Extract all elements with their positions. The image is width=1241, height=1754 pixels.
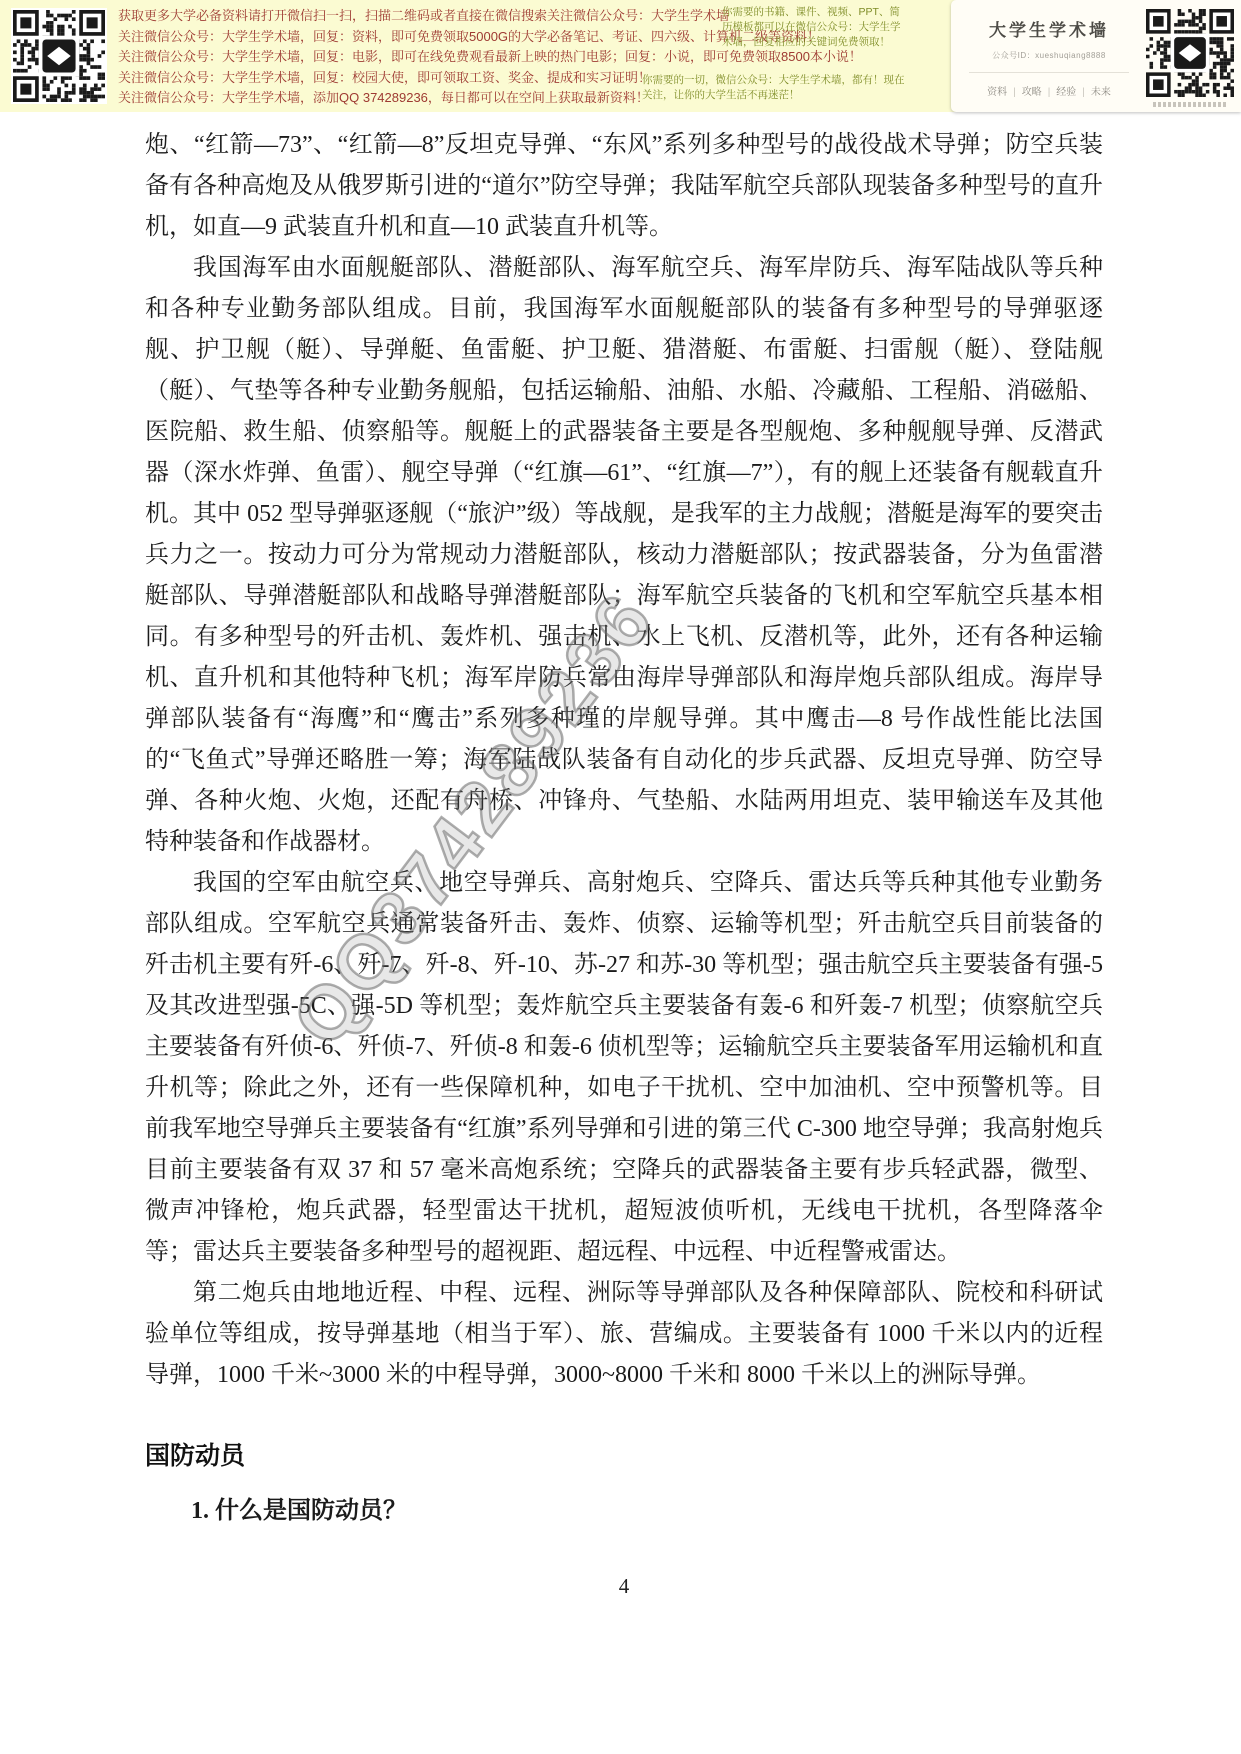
promo-note-bottom: 你需要的一切，微信公众号：大学生学术墙，都有！现在关注，让你的大学生活不再迷茫！ bbox=[642, 73, 914, 103]
paragraph: 炮、“红箭—73”、“红箭—8”反坦克导弹、“东风”系列多种型号的战役战术导弹；… bbox=[145, 125, 1103, 248]
card-tab: 未来 bbox=[1091, 87, 1111, 98]
promo-banner: 获取更多大学必备资料请打开微信扫一扫，扫描二维码或者直接在微信搜索关注微信公众号… bbox=[0, 0, 1241, 112]
promo-line: 关注微信公众号：大学生学术墙，回复：电影，即可在线免费观看最新上映的热门电影；回… bbox=[118, 47, 862, 68]
card-subtitle: 公众号ID：xueshuqiang8888 bbox=[961, 50, 1137, 61]
document-page: 获取更多大学必备资料请打开微信扫一扫，扫描二维码或者直接在微信搜索关注微信公众号… bbox=[0, 0, 1241, 1754]
paragraph: 第二炮兵由地地近程、中程、远程、洲际等导弹部队及各种保障部队、院校和科研试验单位… bbox=[145, 1273, 1103, 1396]
card-tab: 资料 bbox=[987, 87, 1007, 98]
tab-separator bbox=[1076, 87, 1091, 98]
question-item: 1. 什么是国防动员？ bbox=[145, 1491, 1103, 1532]
card-divider bbox=[969, 72, 1129, 73]
page-number: 4 bbox=[145, 1574, 1103, 1599]
section-heading: 国防动员 bbox=[145, 1436, 1103, 1477]
card-title: 大学生学术墙 bbox=[961, 16, 1137, 41]
qr-caption-smudge bbox=[1153, 102, 1227, 107]
tab-separator bbox=[1007, 87, 1022, 98]
promo-note-top: 你需要的书籍、课件、视频、PPT、简历模板都可以在微信公众号：大学生学术墙，回复… bbox=[722, 5, 910, 50]
wechat-account-card: 大学生学术墙 公众号ID：xueshuqiang8888 资料攻略经验未来 bbox=[951, 0, 1241, 112]
paragraph: 我国海军由水面舰艇部队、潜艇部队、海军航空兵、海军岸防兵、海军陆战队等兵种和各种… bbox=[145, 248, 1103, 863]
card-tab: 攻略 bbox=[1022, 87, 1042, 98]
card-tabs: 资料攻略经验未来 bbox=[961, 83, 1137, 98]
qr-code-left-icon bbox=[11, 8, 107, 104]
qr-code-right-icon bbox=[1139, 9, 1241, 97]
wechat-card-qr-area bbox=[1139, 0, 1241, 112]
paragraph: 我国的空军由航空兵、地空导弹兵、高射炮兵、空降兵、雷达兵等兵种其他专业勤务部队组… bbox=[145, 863, 1103, 1273]
tab-separator bbox=[1042, 87, 1057, 98]
document-body: 炮、“红箭—73”、“红箭—8”反坦克导弹、“东风”系列多种型号的战役战术导弹；… bbox=[0, 112, 1241, 1599]
card-tab: 经验 bbox=[1056, 87, 1076, 98]
wechat-card-info: 大学生学术墙 公众号ID：xueshuqiang8888 资料攻略经验未来 bbox=[951, 0, 1139, 112]
